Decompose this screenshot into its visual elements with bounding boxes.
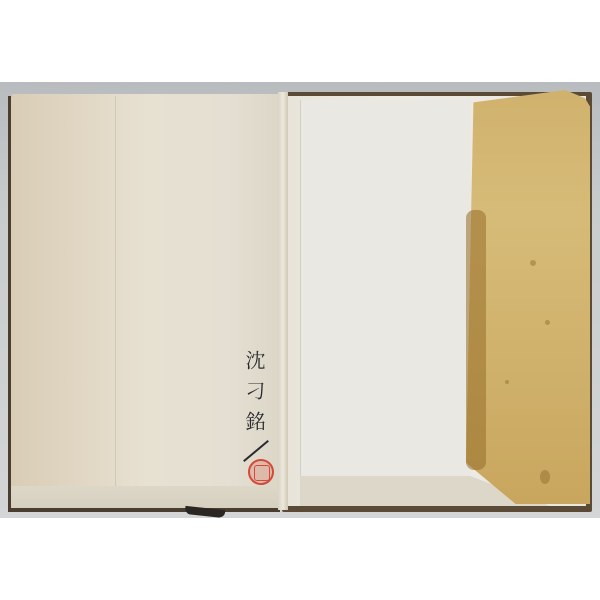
foxing-spot — [530, 260, 536, 266]
seal-inner-border — [254, 465, 270, 481]
foxing-spot — [545, 320, 550, 325]
red-seal-stamp — [248, 459, 274, 485]
foxing-spot — [540, 470, 550, 484]
book-gutter — [278, 92, 288, 510]
left-page-fold-line — [115, 96, 116, 506]
water-stain — [466, 210, 486, 470]
foxing-spot — [505, 380, 509, 384]
right-inner-sheet — [300, 100, 471, 480]
left-page-bottom-edge — [11, 486, 281, 508]
